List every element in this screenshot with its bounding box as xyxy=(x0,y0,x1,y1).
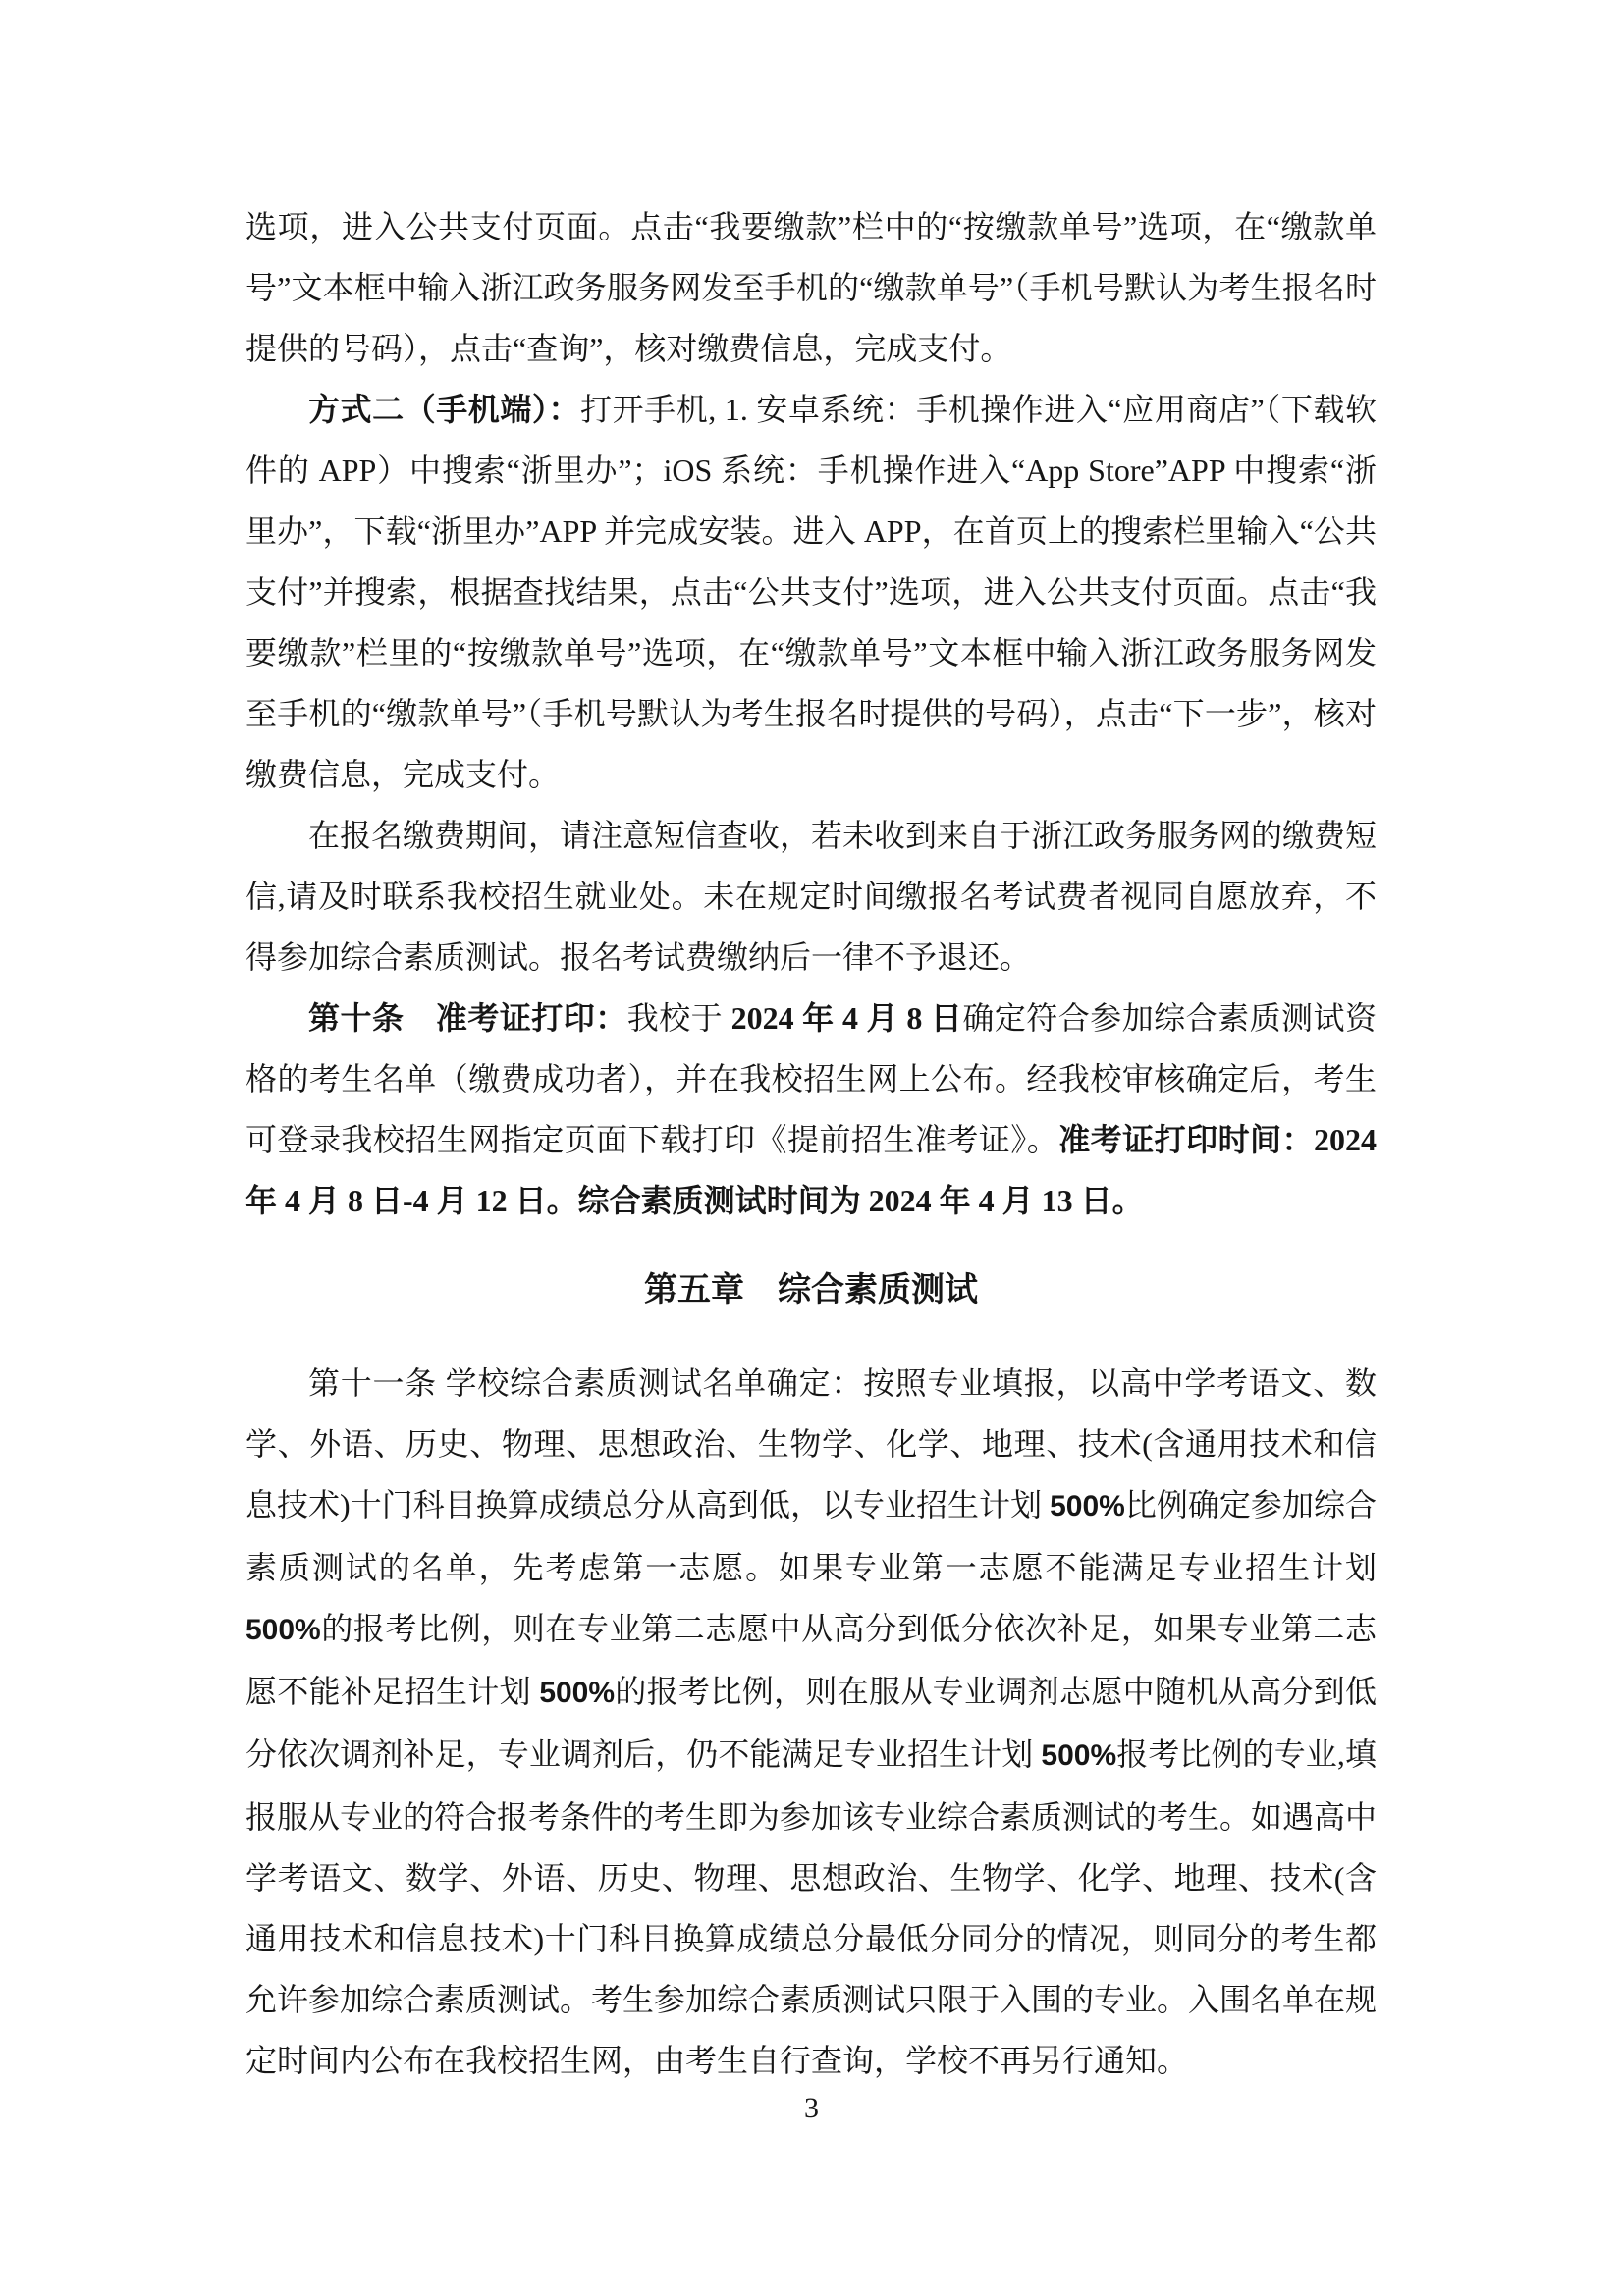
paragraph: 在报名缴费期间，请注意短信查收，若未收到来自于浙江政务服务网的缴费短信,请及时联… xyxy=(245,805,1377,988)
document-page: 选项，进入公共支付页面。点击“我要缴款”栏中的“按缴款单号”选项，在“缴款单号”… xyxy=(0,0,1623,2296)
paragraph: 第十一条 学校综合素质测试名单确定：按照专业填报，以高中学考语文、数学、外语、历… xyxy=(245,1353,1377,2091)
text-run: 选项，进入公共支付页面。点击“我要缴款”栏中的“按缴款单号”选项，在“缴款单号”… xyxy=(245,209,1377,366)
text-run: 在报名缴费期间，请注意短信查收，若未收到来自于浙江政务服务网的缴费短信,请及时联… xyxy=(245,818,1377,975)
text-run: 方式二（手机端）： xyxy=(308,392,580,427)
text-run: 500% xyxy=(1050,1490,1125,1522)
text-run: 打开手机, 1. 安卓系统：手机操作进入“应用商店”（下载软件的 APP）中搜索… xyxy=(245,392,1377,792)
section-heading: 第五章 综合素质测试 xyxy=(245,1260,1377,1321)
page-number: 3 xyxy=(0,2089,1623,2128)
text-run: 2024 年 4 月 8 日 xyxy=(731,1000,963,1036)
paragraph: 方式二（手机端）：打开手机, 1. 安卓系统：手机操作进入“应用商店”（下载软件… xyxy=(245,379,1377,805)
text-run: 第十条 准考证打印： xyxy=(308,1000,627,1036)
paragraph: 第十条 准考证打印：我校于 2024 年 4 月 8 日确定符合参加综合素质测试… xyxy=(245,988,1377,1231)
text-run: 500% xyxy=(245,1614,321,1646)
text-run: 报考比例的专业,填报服从专业的符合报考条件的考生即为参加该专业综合素质测试的考生… xyxy=(245,1736,1377,2078)
text-run: 我校于 xyxy=(627,1000,731,1036)
paragraph: 选项，进入公共支付页面。点击“我要缴款”栏中的“按缴款单号”选项，在“缴款单号”… xyxy=(245,196,1377,379)
text-run: 第五章 综合素质测试 xyxy=(644,1272,978,1308)
document-body: 选项，进入公共支付页面。点击“我要缴款”栏中的“按缴款单号”选项，在“缴款单号”… xyxy=(245,196,1377,2091)
text-run: 500% xyxy=(1041,1739,1116,1772)
text-run: 500% xyxy=(539,1677,615,1709)
